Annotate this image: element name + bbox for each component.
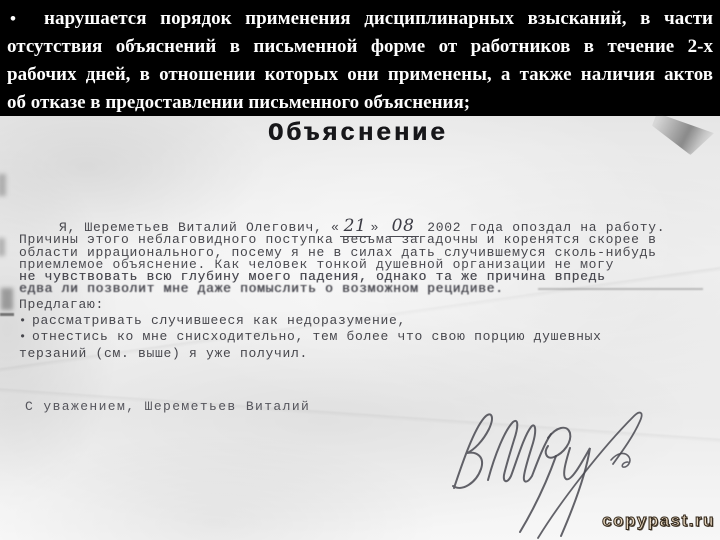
header-line-4: об отказе в предоставлении письменного о… bbox=[7, 89, 713, 117]
proposal-item-text: отнестись ко мне снисходительно, тем бол… bbox=[32, 329, 602, 344]
scanned-document: Объяснение Я, Шереметьев Виталий Олегови… bbox=[0, 116, 720, 540]
paper-fold-crease bbox=[652, 113, 714, 155]
proposal-heading: Предлагаю: bbox=[19, 297, 602, 313]
scan-dash-mark bbox=[0, 313, 14, 316]
body-line: едва ли позволит мне даже помыслить о во… bbox=[19, 283, 665, 295]
closing-line: С уважением, Шереметьев Виталий bbox=[25, 399, 310, 414]
watermark: copypast.ru bbox=[602, 511, 715, 531]
proposal-item: •отнестись ко мне снисходительно, тем бо… bbox=[19, 329, 602, 346]
proposal-item: •рассматривать случившееся как недоразум… bbox=[19, 313, 602, 330]
bullet-marker: • bbox=[10, 5, 16, 33]
proposal-item-text: рассматривать случившееся как недоразуме… bbox=[32, 313, 406, 328]
header-line-1: • нарушается порядок применения дисципли… bbox=[7, 5, 713, 33]
slide: • нарушается порядок применения дисципли… bbox=[0, 0, 720, 540]
proposal-item-continuation: терзаний (см. выше) я уже получил. bbox=[19, 346, 602, 362]
document-title: Объяснение bbox=[268, 119, 448, 148]
document-body: Я, Шереметьев Виталий Олегович, «21» 08 … bbox=[19, 220, 665, 296]
list-bullet: • bbox=[19, 314, 32, 330]
document-proposal: Предлагаю: •рассматривать случившееся ка… bbox=[19, 297, 602, 361]
scan-smudge bbox=[1, 288, 13, 310]
header-line-1-text: нарушается порядок применения дисциплина… bbox=[44, 8, 713, 29]
header-line-3: рабочих дней, в отношении которых они пр… bbox=[7, 61, 713, 89]
list-bullet: • bbox=[19, 330, 32, 346]
scan-smudge bbox=[0, 238, 5, 256]
scan-smudge bbox=[0, 174, 6, 196]
header-line-2: отсутствия объяснений в письменной форме… bbox=[7, 33, 713, 61]
slide-header: • нарушается порядок применения дисципли… bbox=[0, 0, 720, 116]
